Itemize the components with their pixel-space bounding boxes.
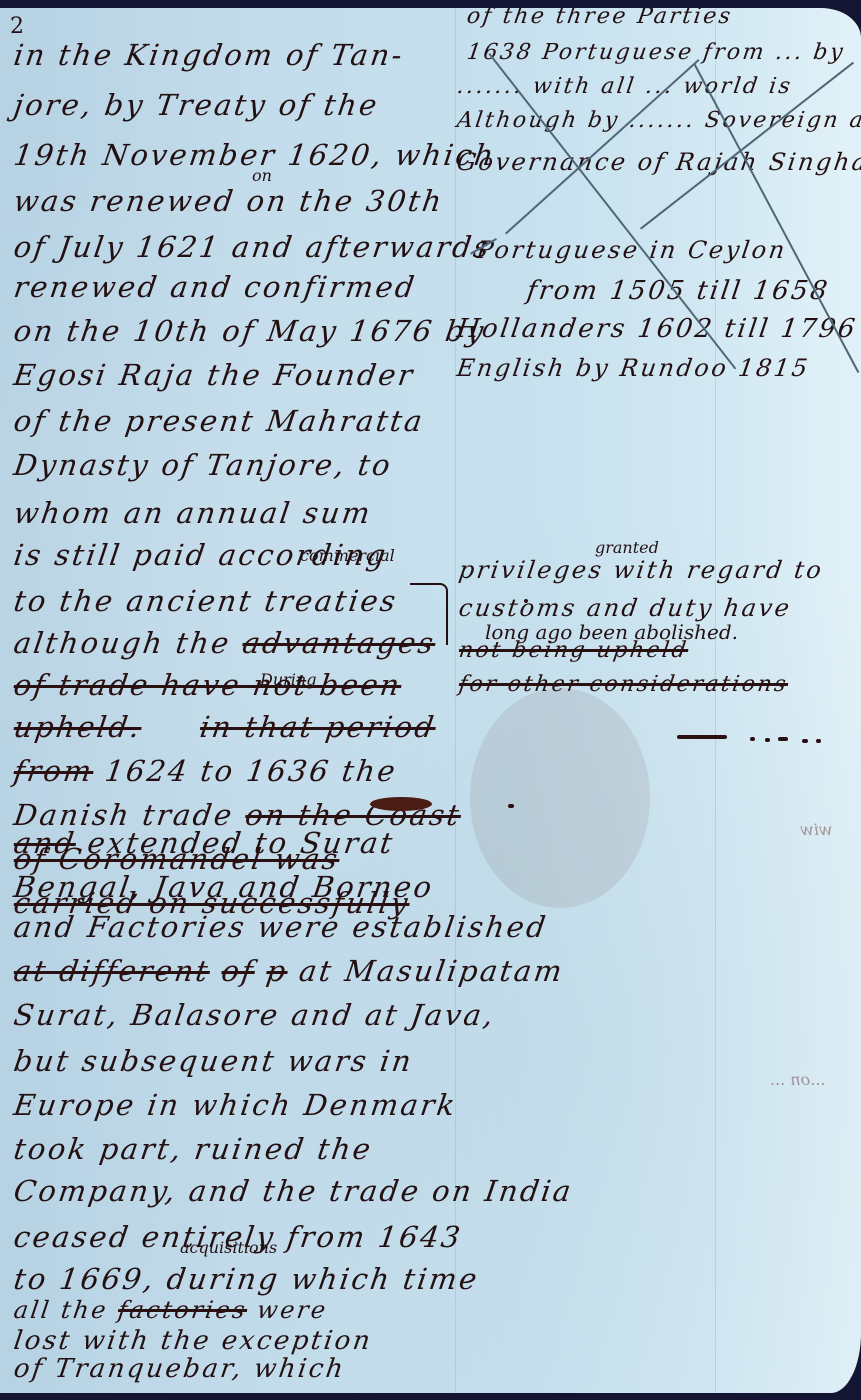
text-line: from 1505 till 1658 (525, 276, 832, 306)
text-line: customs and duty have (457, 594, 793, 622)
text-line: of Tranquebar, which (12, 1354, 347, 1384)
struck-text: not being upheld (457, 638, 690, 663)
dot-mark (508, 804, 514, 808)
manuscript-page: 2 in the Kingdom of Tan- jore, by Treaty… (0, 8, 861, 1393)
dot-mark (765, 738, 770, 742)
bleedthrough-text: wiw (800, 820, 833, 839)
dot-mark (802, 739, 808, 743)
insertion-bracket (410, 583, 448, 645)
bleedthrough-text: ...on ... (770, 1070, 826, 1089)
text-line: Although by ....... Sovereign and (455, 108, 861, 133)
text-line: Governance of Rajah Singha (455, 148, 861, 176)
dot-mark (816, 739, 821, 743)
dash-mark (677, 735, 727, 739)
text-line: lost with the exception (12, 1326, 374, 1356)
dot-mark (750, 737, 755, 741)
text-line: of the three Parties (465, 8, 734, 29)
text-line: English by Rundoo 1815 (455, 354, 812, 382)
text-line: for other considerations (457, 672, 790, 697)
right-column-text: of the three Parties 1638 Portuguese fro… (455, 8, 855, 808)
insertion-granted: granted (595, 538, 659, 557)
text-line: 1638 Portuguese from ... by (465, 40, 846, 65)
dot-mark (778, 737, 788, 741)
text-line: privileges with regard to (457, 556, 825, 584)
text-line: Hollanders 1602 till 1796 (455, 314, 859, 344)
text-line: Portuguese in Ceylon (475, 236, 789, 264)
struck-text: for other considerations (457, 672, 790, 697)
text-line: not being upheld (457, 638, 690, 663)
